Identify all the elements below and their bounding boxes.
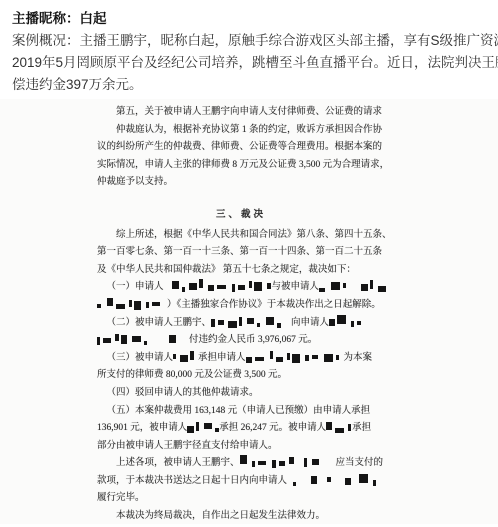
redaction-mark	[319, 282, 349, 292]
section-heading: 三、裁决	[97, 207, 385, 225]
doc-text: 三、裁决	[216, 210, 266, 220]
doc-text: 款项，于本裁决书送达之日起十日内向申请人	[97, 476, 287, 486]
doc-text: ）《主播独家合作协议》于本裁决作出之日起解除。	[167, 300, 381, 310]
doc-text: 议的纠纷所产生的仲裁费、律师费、公证费等合理费用。根据本案的	[97, 142, 382, 152]
doc-line: （三）被申请人承担申请人为本案	[97, 350, 498, 368]
doc-text: 为本案	[344, 353, 373, 363]
doc-text: 承担 26,247 元。被申请人	[219, 423, 326, 433]
redaction-mark	[187, 422, 219, 433]
redaction-mark	[240, 455, 294, 468]
redaction-mark	[293, 482, 301, 486]
redaction-mark	[361, 280, 387, 292]
doc-text: 部分由被申请人王鹏宇径直支付给申请人。	[97, 441, 278, 451]
doc-line: （二）被申请人王鹏宇、向申请人	[97, 315, 498, 333]
doc-text: 向申请人	[291, 318, 329, 328]
doc-text: 仲裁庭予以支持。	[97, 177, 173, 187]
doc-text: 第五，关于被申请人王鹏宇向申请人支付律师费、公证费的请求	[116, 107, 382, 117]
doc-line: 第一百零七条、第一百一十三条、第一百一十四条、第一百二十五条	[97, 244, 498, 262]
redaction-mark	[211, 317, 283, 328]
doc-text: 所支付的律师费 80,000 元及公证费 3,500 元。	[97, 370, 287, 380]
doc-line: 及《中华人民共和国仲裁法》 第五十七条之规定，裁决如下：	[97, 262, 498, 280]
redaction-mark	[173, 351, 198, 362]
doc-text: 仲裁庭认为，根据补充协议第 1 条的约定，败诉方承担因合作协	[116, 125, 382, 135]
doc-line: 部分由被申请人王鹏宇径直支付给申请人。	[97, 438, 498, 456]
doc-line: 上述各项，被申请人王鹏宇、应当支付的	[97, 455, 498, 473]
doc-text: （四）驳回申请人的其他仲裁请求。	[107, 388, 259, 398]
doc-text: 承担	[352, 423, 371, 433]
doc-text: 及《中华人民共和国仲裁法》 第五十七条之规定，裁决如下：	[97, 265, 356, 275]
redaction-mark	[304, 458, 322, 467]
article-header: 主播昵称：白起 案例概况：主播王鹏宇，昵称白起，原触手综合游戏区头部主播，享有S…	[0, 0, 498, 96]
doc-text: （二）被申请人王鹏宇、	[107, 318, 212, 328]
redaction-mark	[326, 422, 352, 433]
page-title: 主播昵称：白起	[12, 8, 486, 30]
case-summary-line: 偿违约金397万余元。	[12, 74, 486, 96]
doc-line: ）《主播独家合作协议》于本裁决作出之日起解除。	[97, 297, 498, 315]
doc-text: 综上所述，根据《中华人民共和国合同法》第八条、第四十五条、	[116, 230, 392, 240]
doc-line: （一）申请人与被申请人	[97, 279, 498, 297]
doc-line: 实际情况，申请人主张的律师费 8 万元及公证费 3,500 元为合理请求，	[97, 157, 498, 175]
doc-text: 第一百零七条、第一百一十三条、第一百一十四条、第一百二十五条	[97, 247, 382, 257]
doc-text: 付违约金人民币 3,976,067 元。	[189, 335, 317, 345]
redaction-mark	[97, 334, 153, 345]
doc-line: 综上所述，根据《中华人民共和国合同法》第八条、第四十五条、	[97, 227, 498, 245]
doc-text: 与被申请人	[272, 282, 320, 292]
redaction-mark	[345, 478, 351, 485]
redaction-mark	[327, 477, 335, 484]
doc-text: （五）本案仲裁费用 163,148 元（申请人已预缴）由申请人承担	[107, 406, 371, 416]
doc-text: （三）被申请人	[107, 353, 174, 363]
doc-text: 本裁决为终局裁决，自作出之日起发生法律效力。	[116, 511, 325, 521]
redaction-mark	[311, 476, 317, 484]
redaction-mark	[169, 335, 177, 343]
doc-text: 应当支付的	[336, 458, 384, 468]
case-summary-line: 案例概况：主播王鹏宇，昵称白起，原触手综合游戏区头部主播，享有S级推广资源，	[12, 30, 486, 52]
doc-line: 仲裁庭予以支持。	[97, 174, 498, 192]
doc-line: 136,901 元，被申请人承担 26,247 元。被申请人承担	[97, 420, 498, 438]
doc-text: 实际情况，申请人主张的律师费 8 万元及公证费 3,500 元为合理请求，	[97, 160, 389, 170]
doc-text: 承担申请人	[198, 353, 246, 363]
doc-text: 上述各项，被申请人王鹏宇、	[116, 458, 240, 468]
redaction-mark	[172, 279, 272, 292]
case-summary-line: 2019年5月罔顾原平台及经纪公司培养，跳槽至斗鱼直播平台。近日，法院判决王鹏宇…	[12, 52, 486, 74]
page: 主播昵称：白起 案例概况：主播王鹏宇，昵称白起，原触手综合游戏区头部主播，享有S…	[0, 0, 498, 527]
doc-line: （四）驳回申请人的其他仲裁请求。	[97, 385, 498, 403]
redaction-mark	[246, 351, 344, 363]
doc-line: 第五，关于被申请人王鹏宇向申请人支付律师费、公证费的请求	[97, 104, 498, 122]
doc-line: 本裁决为终局裁决，自作出之日起发生法律效力。	[97, 508, 498, 526]
redaction-mark	[329, 315, 361, 327]
redaction-mark	[97, 298, 167, 310]
doc-line: 付违约金人民币 3,976,067 元。	[97, 332, 498, 350]
doc-line: （五）本案仲裁费用 163,148 元（申请人已预缴）由申请人承担	[97, 403, 498, 421]
doc-text: 136,901 元，被申请人	[97, 423, 187, 433]
doc-line: 履行完毕。	[97, 490, 498, 508]
doc-line: 仲裁庭认为，根据补充协议第 1 条的约定，败诉方承担因合作协	[97, 122, 498, 140]
doc-line: 款项，于本裁决书送达之日起十日内向申请人	[97, 473, 498, 491]
doc-text: （一）申请人	[107, 282, 164, 292]
doc-line: 所支付的律师费 80,000 元及公证费 3,500 元。	[97, 367, 498, 385]
doc-line: 议的纠纷所产生的仲裁费、律师费、公证费等合理费用。根据本案的	[97, 139, 498, 157]
doc-text: 履行完毕。	[97, 493, 145, 503]
redaction-mark	[359, 474, 379, 486]
scanned-ruling-document: 第五，关于被申请人王鹏宇向申请人支付律师费、公证费的请求仲裁庭认为，根据补充协议…	[0, 99, 498, 524]
